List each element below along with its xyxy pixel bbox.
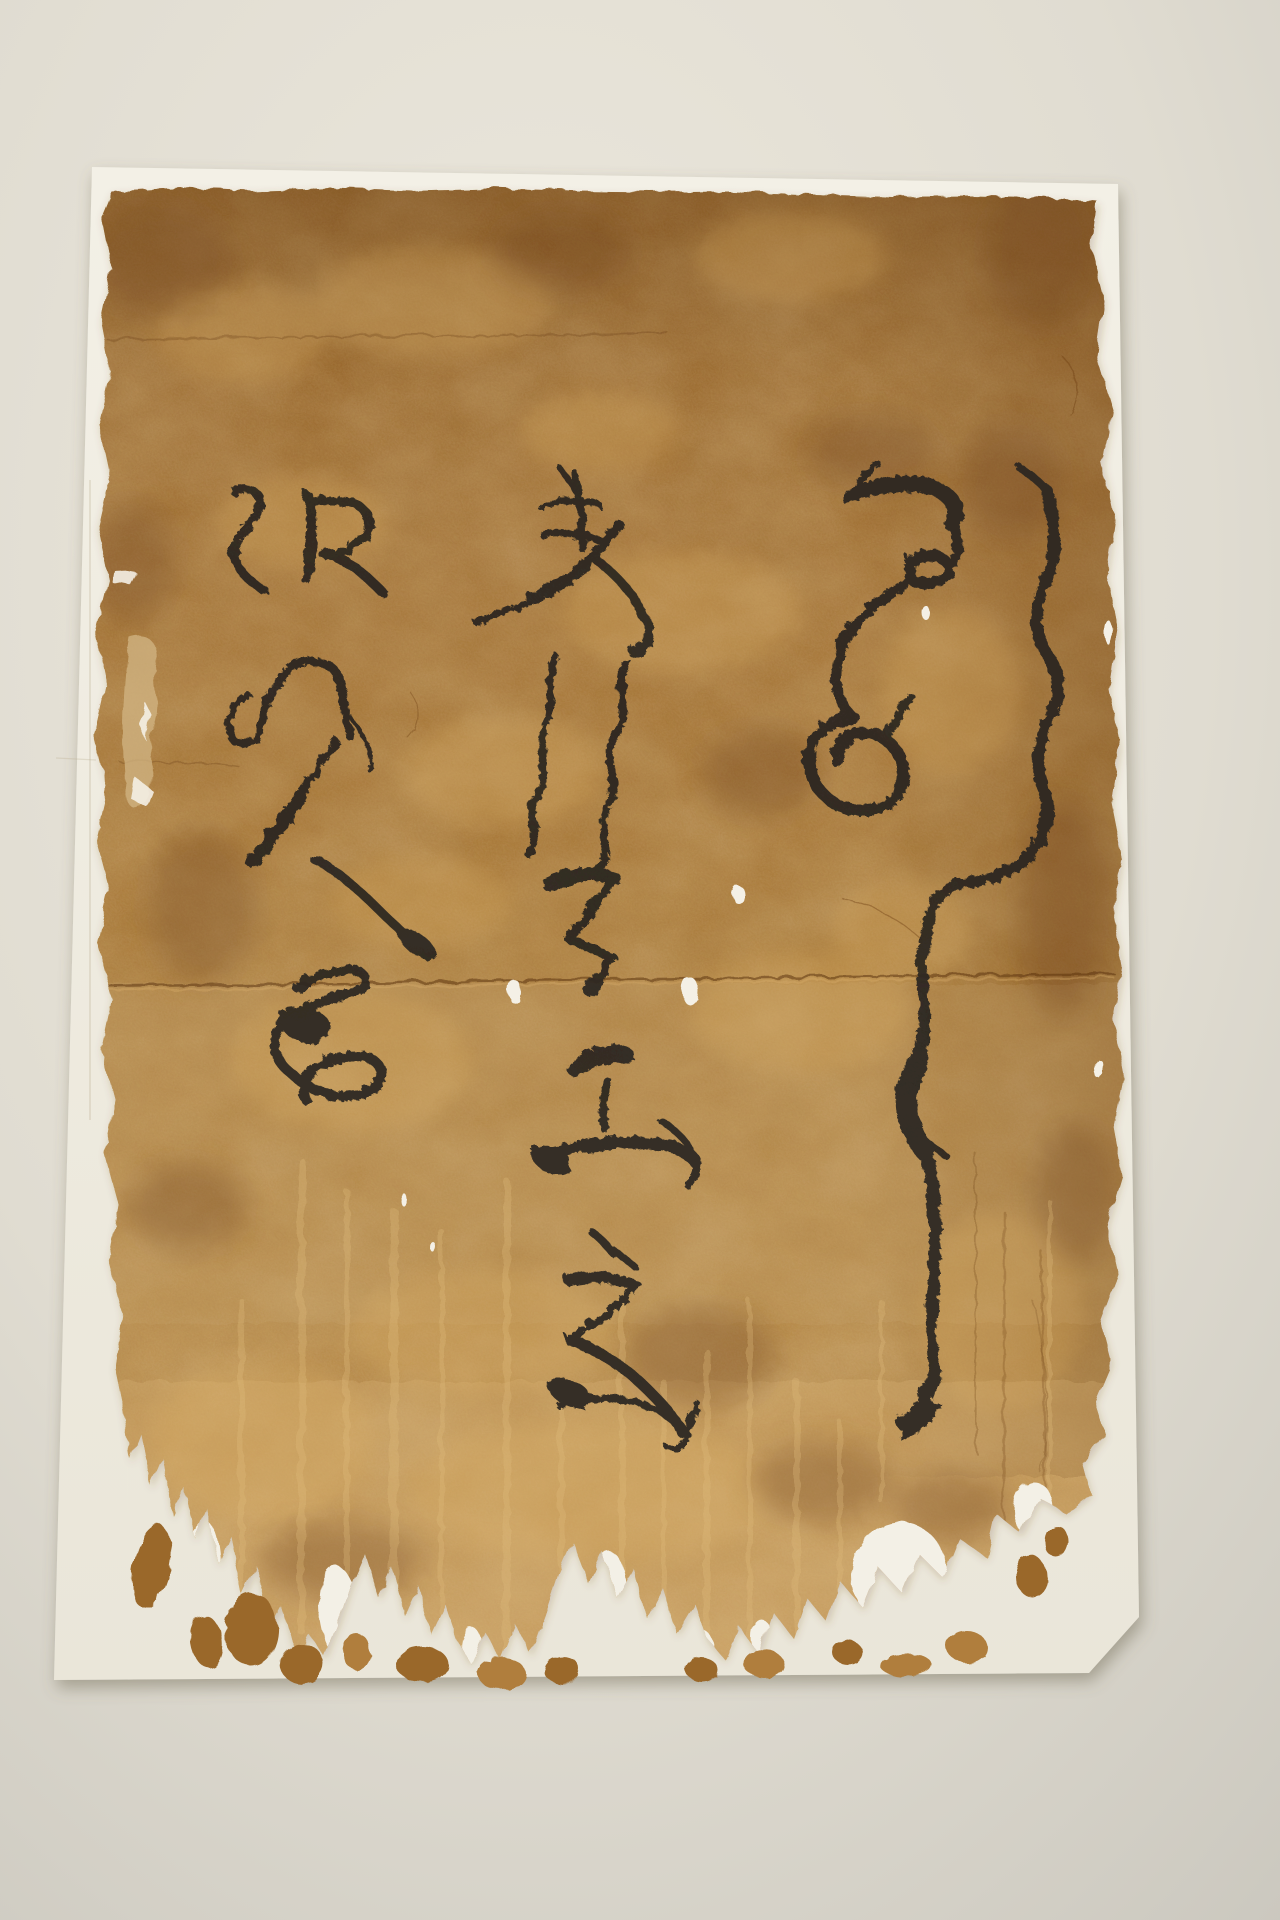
paper-fleck [879, 1652, 931, 1676]
paper-fleck [945, 1629, 985, 1661]
paper-fleck [394, 1644, 446, 1680]
tear-hole [429, 1241, 435, 1251]
light-blotch [230, 990, 470, 1130]
paper-fleck [341, 1632, 369, 1668]
dark-blotch [90, 205, 230, 315]
manuscript-surface [60, 150, 1160, 1710]
paper-fleck [1043, 1524, 1067, 1556]
manuscript-paper [60, 150, 1160, 1710]
paper-fleck [476, 1656, 524, 1688]
light-blotch [560, 550, 800, 670]
paper-fleck [684, 1656, 716, 1680]
light-blotch [830, 880, 970, 980]
tear-hole [399, 1193, 407, 1205]
tear-hole [921, 605, 929, 619]
dark-blotch [1017, 795, 1107, 1015]
ink-stroke [303, 493, 309, 576]
paper-fleck [1014, 1555, 1046, 1595]
light-blotch [410, 1420, 770, 1560]
tear-hole [507, 978, 519, 1002]
dark-blotch [490, 210, 630, 290]
dark-blotch [145, 830, 255, 980]
light-blotch [400, 715, 600, 825]
photo-stage: Photograph of an antique East Asian curs… [0, 0, 1280, 1920]
dark-blotch [700, 725, 820, 815]
light-blotch [520, 390, 680, 470]
tear-hole [1094, 1058, 1102, 1078]
paper-fleck [278, 1642, 322, 1682]
ink-stroke [600, 1079, 605, 1125]
light-blotch [330, 855, 510, 945]
paper-fleck [830, 1638, 860, 1662]
tear-hole [680, 975, 696, 1003]
paper-fleck [542, 1654, 578, 1682]
ink-stroke [537, 499, 597, 503]
light-blotch [695, 210, 885, 300]
tear-hole [1102, 618, 1110, 642]
dark-blotch [125, 1160, 245, 1250]
tear-hole [731, 884, 743, 902]
dark-blotch [750, 1440, 890, 1520]
paper-fleck [742, 1648, 782, 1676]
calligraphy-manuscript-photo: Photograph of an antique East Asian curs… [0, 0, 1280, 1920]
